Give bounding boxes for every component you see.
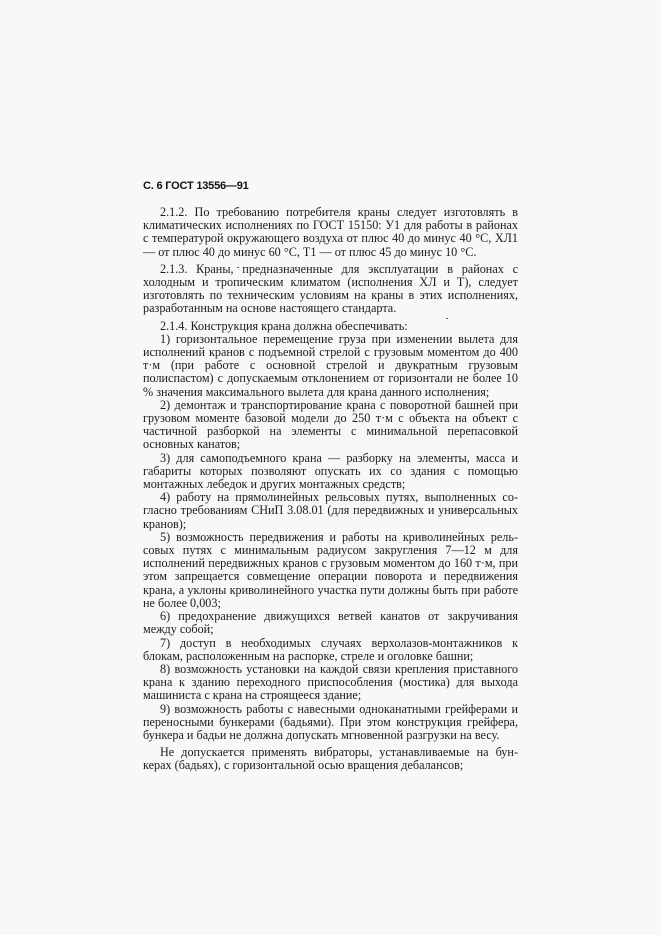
paragraph-2-1-2: 2.1.2. По требованию потребителя краны с… — [143, 206, 518, 259]
document-body: 2.1.2. По требованию потребителя краны с… — [143, 206, 518, 773]
list-item-1: 1) горизонтальное перемещение груза при … — [143, 333, 518, 399]
list-item-5: 5) возможность передвижения и работы на … — [143, 531, 518, 610]
list-item-2: 2) демонтаж и транспортирование крана с … — [143, 399, 518, 452]
list-item-6: 6) предохранение движущихся ветвей канат… — [143, 610, 518, 636]
scan-speck — [446, 318, 448, 319]
list-item-4: 4) работу на прямолинейных рельсовых пут… — [143, 491, 518, 531]
page-header: С. 6 ГОСТ 13556—91 — [143, 180, 249, 192]
list-item-8: 8) возможность установки на каждой связи… — [143, 663, 518, 703]
scan-speck — [237, 267, 239, 268]
list-item-7: 7) доступ в необходимых случаях верхолаз… — [143, 637, 518, 663]
list-item-3: 3) для самоподъемного крана — разборку н… — [143, 452, 518, 492]
paragraph-2-1-3: 2.1.3. Краны, предназначенные для эксплу… — [143, 263, 518, 316]
paragraph-2-1-4: 2.1.4. Конструкция крана должна обеспечи… — [143, 320, 518, 333]
note-paragraph: Не допускается применять вибраторы, уста… — [143, 746, 518, 772]
list-item-9: 9) возможность работы с навесными однока… — [143, 703, 518, 743]
